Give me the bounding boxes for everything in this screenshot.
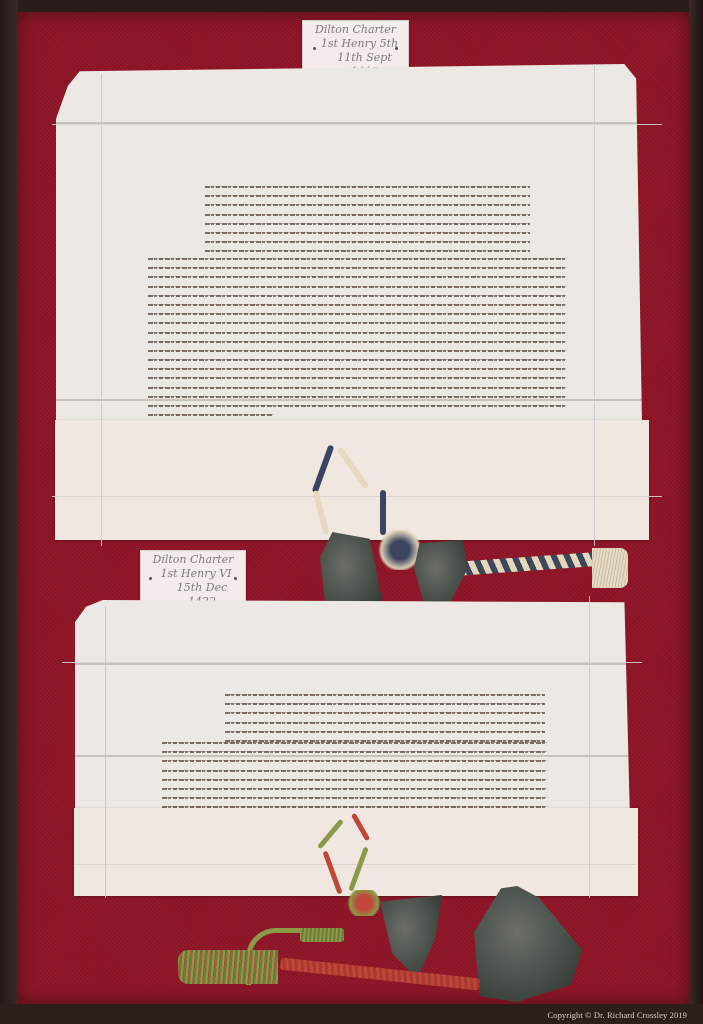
mounting-wire [52, 496, 662, 497]
charter2-text-block-upper [225, 694, 545, 749]
pin-icon [234, 577, 237, 580]
picture-frame: Dilton Charter 1st Henry 5th 11th Sept 1… [0, 0, 703, 1024]
copyright-text: Copyright © Dr. Richard Crossley 2019 [547, 1010, 687, 1020]
charter1-text-block-upper [205, 186, 530, 260]
fold-line [75, 663, 630, 665]
pin-icon [313, 47, 316, 50]
mounting-wire [74, 864, 636, 865]
cord-tassel [592, 548, 628, 588]
charter2-label-card: Dilton Charter 1st Henry VI 15th Dec 142… [140, 550, 246, 606]
pin-icon [395, 47, 398, 50]
cord-tassel [178, 950, 278, 984]
charter1-label-line2: 1st Henry 5th [307, 37, 404, 51]
pin-icon [149, 577, 152, 580]
frame-top-edge [0, 0, 703, 12]
cord-tassel [300, 928, 344, 942]
charter2-label-line2: 1st Henry VI [145, 567, 241, 581]
mounting-wire [101, 74, 102, 546]
charter1-text-block-lower [148, 258, 566, 423]
charter1-fold-up [55, 420, 649, 540]
charter1-label-card: Dilton Charter 1st Henry 5th 11th Sept 1… [302, 20, 409, 75]
charter2-label-line1: Dilton Charter [145, 553, 241, 567]
blue-cord [380, 490, 386, 535]
mounting-wire [589, 596, 590, 898]
charter1-label-line1: Dilton Charter [307, 23, 404, 37]
frame-left-edge [0, 0, 18, 1024]
frame-right-edge [689, 0, 703, 1024]
mounting-wire [105, 606, 106, 898]
mounting-wire [52, 124, 662, 125]
cord-knot [344, 890, 384, 916]
mounting-wire [594, 64, 595, 546]
mounting-wire [62, 662, 642, 663]
